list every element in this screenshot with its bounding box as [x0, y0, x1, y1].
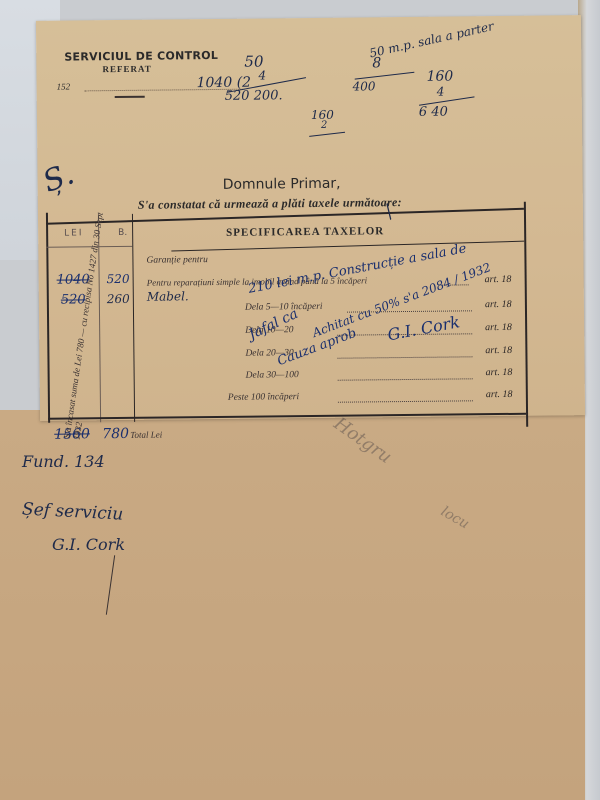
material-note: Mabel. — [147, 289, 189, 303]
calc-1-result: 520 200. — [225, 88, 283, 104]
dot-leader — [337, 356, 472, 358]
article-ref: art. 18 — [485, 322, 512, 333]
calc-4-mult: 4 — [437, 85, 445, 99]
handwritten-signature: G.I. Cork — [386, 312, 461, 344]
faint-bleed-text: locu — [438, 504, 472, 533]
col-header-b: B. — [118, 228, 127, 238]
signature-tail — [106, 555, 115, 615]
referat-number: 152 — [57, 82, 71, 92]
dot-leader — [338, 378, 473, 380]
table-row-label: Peste 100 încăperi — [228, 392, 299, 403]
article-ref: art. 18 — [486, 389, 513, 400]
section-label: REFERAT — [102, 64, 151, 75]
total-label: Total Lei — [130, 430, 162, 440]
calc-line — [309, 132, 345, 137]
calc-4-result: 6 40 — [419, 105, 448, 120]
tax-table: LEI B. SPECIFICAREA TAXELOR Garanție pen… — [46, 208, 526, 428]
margin-signature: Ș. — [38, 156, 78, 199]
col-header-spec: SPECIFICAREA TAXELOR — [226, 225, 384, 239]
tax-form: SERVICIUL DE CONTROL REFERAT 152 1040 (2… — [36, 15, 585, 421]
underline — [115, 96, 145, 98]
calc-5-mult: 2 — [321, 120, 327, 131]
salutation: Domnule Primar, — [223, 176, 341, 193]
header-divider — [171, 241, 524, 252]
col-header-lei: LEI — [64, 228, 83, 238]
lower-paper-sheet: Fund. 134 Șef serviciu G.I. Cork Hotgru … — [0, 410, 585, 800]
b-value: 260 — [107, 292, 130, 306]
article-ref: art. 18 — [485, 274, 512, 285]
handwritten-title: Șef serviciu — [22, 499, 124, 524]
article-ref: art. 18 — [485, 345, 512, 356]
col-divider — [132, 214, 135, 422]
table-left-border — [46, 213, 50, 423]
calc-3-result: 400 — [353, 79, 376, 93]
handwritten-fund-number: Fund. 134 — [22, 452, 105, 471]
table-top-border — [46, 208, 524, 225]
calc-2-mult: 4 — [258, 68, 266, 82]
total-divider — [48, 413, 526, 420]
total-b: 780 — [102, 426, 129, 442]
table-right-border — [524, 202, 528, 427]
bottom-signature: G.I. Cork — [52, 535, 125, 554]
table-row-label: Garanție pentru — [146, 255, 208, 266]
b-value: 520 — [107, 272, 130, 286]
calc-3-mult: 8 — [372, 55, 381, 71]
article-ref: art. 18 — [485, 299, 512, 310]
calc-3-top: 50 m.p. sala a parter — [368, 19, 495, 60]
office-name: SERVICIUL DE CONTROL — [64, 49, 218, 64]
calc-4-top: 160 — [426, 68, 453, 84]
table-row-label: Dela 30—100 — [246, 370, 299, 381]
dot-leader — [338, 400, 473, 402]
article-ref: art. 18 — [486, 367, 513, 378]
